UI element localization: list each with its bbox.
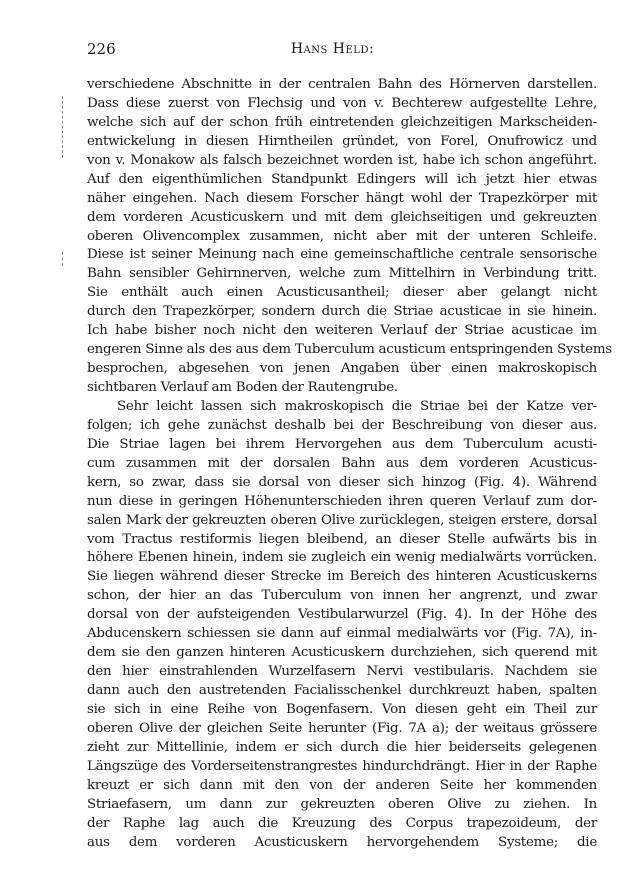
text-line: engeren Sinne als des aus dem Tuberculum… — [87, 341, 597, 360]
text-line: salen Mark der gekreuzten oberen Olive z… — [87, 512, 597, 531]
text-line: sichtbaren Verlauf am Boden der Rautengr… — [87, 379, 597, 398]
text-line: Längszüge des Vorderseitenstrangrestes h… — [87, 758, 597, 777]
text-line: nun diese in geringen Höhenunterschieden… — [87, 493, 597, 512]
text-line: Striaefasern, um dann zur gekreuzten obe… — [87, 796, 597, 815]
text-line: kern, so zwar, dass sie dorsal von diese… — [87, 474, 597, 493]
text-line: besprochen, abgesehen von jenen Angaben … — [87, 360, 597, 379]
text-line: oberen Olive der gleichen Seite herunter… — [87, 720, 597, 739]
text-line: Bahn sensibler Gehirnnerven, welche zum … — [87, 265, 597, 284]
margin-scan-mark — [62, 252, 64, 266]
text-line: kreuzt er sich dann mit den von der ande… — [87, 777, 597, 796]
text-line: dem vorderen Acusticuskern und mit dem g… — [87, 209, 597, 228]
running-head: Hans Held: — [0, 40, 635, 58]
text-line: näher eingehen. Nach diesem Forscher hän… — [87, 190, 597, 209]
text-line: vom Tractus restiformis liegen bleibend,… — [87, 531, 597, 550]
text-line: dem sie den ganzen hinteren Acusticusker… — [87, 644, 597, 663]
text-line: schon, der hier an das Tuberculum von in… — [87, 587, 597, 606]
text-line: zieht zur Mittellinie, indem er sich dur… — [87, 739, 597, 758]
text-line: Sie liegen während dieser Strecke im Ber… — [87, 568, 597, 587]
text-line: aus dem vorderen Acusticuskern hervorgeh… — [87, 834, 597, 853]
text-line: durch den Trapezkörper, sondern durch di… — [87, 303, 597, 322]
text-line: oberen Olivencomplex zusammen, nicht abe… — [87, 228, 597, 247]
text-line: Ich habe bisher noch nicht den weiteren … — [87, 322, 597, 341]
text-line: Sie enthält auch einen Acusticusantheil;… — [87, 284, 597, 303]
text-line: Diese ist seiner Meinung nach eine gemei… — [87, 246, 597, 265]
text-line: von v. Monakow als falsch bezeichnet wor… — [87, 152, 597, 171]
body-text: verschiedene Abschnitte in der centralen… — [87, 76, 597, 852]
text-line: der Raphe lag auch die Kreuzung des Corp… — [87, 815, 597, 834]
text-line: dorsal von der aufsteigenden Vestibularw… — [87, 606, 597, 625]
margin-scan-mark — [62, 96, 64, 158]
text-line: Dass diese zuerst von Flechsig und von v… — [87, 95, 597, 114]
text-line: Die Striae lagen bei ihrem Hervorgehen a… — [87, 436, 597, 455]
text-line: den hier einstrahlenden Wurzelfasern Ner… — [87, 663, 597, 682]
text-line: cum zusammen mit der dorsalen Bahn aus d… — [87, 455, 597, 474]
text-line: höhere Ebenen hinein, indem sie zugleich… — [87, 549, 597, 568]
text-line: sie sich in eine Reihe von Bogenfasern. … — [87, 701, 597, 720]
text-line: verschiedene Abschnitte in der centralen… — [87, 76, 597, 95]
text-line: Auf den eigenthümlichen Standpunkt Eding… — [87, 171, 597, 190]
text-line: welche sich auf der schon früh eintreten… — [87, 114, 597, 133]
text-line: Abducenskern schiessen sie dann auf einm… — [87, 625, 597, 644]
paragraph-start-line: Sehr leicht lassen sich makroskopisch di… — [87, 398, 597, 417]
text-line: entwickelung in diesen Hirntheilen gründ… — [87, 133, 597, 152]
text-line: dann auch den austretenden Facialisschen… — [87, 682, 597, 701]
text-line: folgen; ich gehe zunächst deshalb bei de… — [87, 417, 597, 436]
